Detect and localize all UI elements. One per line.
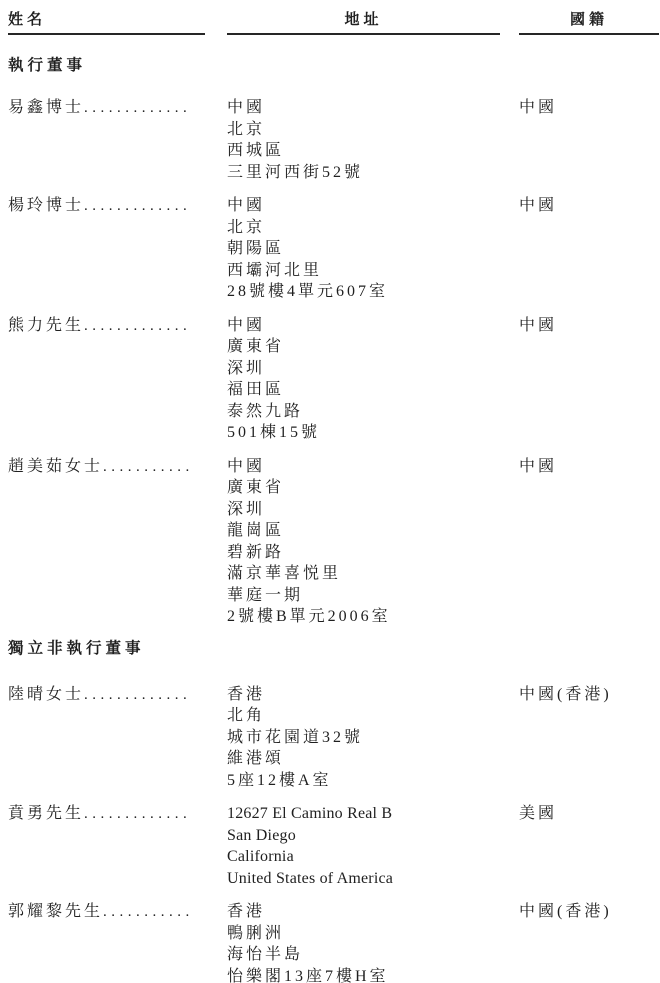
leader-dots: ............. bbox=[84, 198, 191, 214]
director-name-cell: 易鑫博士............. bbox=[8, 97, 205, 120]
leader-dots: ........... bbox=[103, 904, 194, 920]
address-line: 西城區 bbox=[227, 140, 500, 162]
address-line: 廣東省 bbox=[227, 477, 500, 499]
section-heading-executive-directors: 執行董事 bbox=[8, 57, 660, 75]
director-name-cell: 郭耀黎先生........... bbox=[8, 901, 205, 924]
leader-dots: ........... bbox=[103, 459, 194, 475]
address-line: 中國 bbox=[227, 97, 500, 119]
address-line: 城市花園道32號 bbox=[227, 727, 500, 749]
director-nationality: 中國(香港) bbox=[519, 684, 659, 706]
address-line: 5座12樓A室 bbox=[227, 770, 500, 792]
address-line: 鴨脷洲 bbox=[227, 923, 500, 945]
director-row: 熊力先生............. 中國 廣東省 深圳 福田區 泰然九路 501… bbox=[8, 315, 660, 444]
address-line: 2號樓B單元2006室 bbox=[227, 606, 500, 628]
director-name: 熊力先生 bbox=[8, 317, 84, 334]
leader-dots: ............. bbox=[84, 806, 191, 822]
director-name: 郭耀黎先生 bbox=[8, 903, 103, 920]
director-row: 趙美茹女士........... 中國 廣東省 深圳 龍崗區 碧新路 滿京華喜悦… bbox=[8, 456, 660, 628]
director-nationality: 中國(香港) bbox=[519, 901, 659, 923]
address-line: 泰然九路 bbox=[227, 401, 500, 423]
director-name-cell: 熊力先生............. bbox=[8, 315, 205, 338]
address-line: 三里河西街52號 bbox=[227, 162, 500, 184]
table-header-row: 姓名 地址 國籍 bbox=[8, 10, 660, 35]
director-row: 郭耀黎先生........... 香港 鴨脷洲 海怡半島 怡樂閣13座7樓H室 … bbox=[8, 901, 660, 983]
director-name-cell: 楊玲博士............. bbox=[8, 195, 205, 218]
director-nationality: 中國 bbox=[519, 195, 659, 217]
address-line: 深圳 bbox=[227, 358, 500, 380]
address-line: 滿京華喜悦里 bbox=[227, 563, 500, 585]
address-line: 28號樓4單元607室 bbox=[227, 281, 500, 303]
director-name: 易鑫博士 bbox=[8, 99, 84, 116]
address-line: 西壩河北里 bbox=[227, 260, 500, 282]
address-line: 龍崗區 bbox=[227, 520, 500, 542]
leader-dots: ............. bbox=[84, 687, 191, 703]
address-line: 中國 bbox=[227, 195, 500, 217]
address-line: California bbox=[227, 846, 500, 868]
address-line: 碧新路 bbox=[227, 542, 500, 564]
director-name-cell: 趙美茹女士........... bbox=[8, 456, 205, 479]
director-address: 香港 北角 城市花園道32號 維港頌 5座12樓A室 bbox=[227, 684, 500, 792]
director-name: 楊玲博士 bbox=[8, 197, 84, 214]
address-line: 501棟15號 bbox=[227, 422, 500, 444]
director-nationality: 美國 bbox=[519, 803, 659, 825]
director-row: 陸晴女士............. 香港 北角 城市花園道32號 維港頌 5座1… bbox=[8, 684, 660, 792]
director-row: 楊玲博士............. 中國 北京 朝陽區 西壩河北里 28號樓4單… bbox=[8, 195, 660, 303]
address-line: 香港 bbox=[227, 684, 500, 706]
director-address: 中國 廣東省 深圳 福田區 泰然九路 501棟15號 bbox=[227, 315, 500, 444]
director-name-cell: 賁勇先生............. bbox=[8, 803, 205, 826]
address-line: 深圳 bbox=[227, 499, 500, 521]
address-line: San Diego bbox=[227, 825, 500, 847]
address-line: 華庭一期 bbox=[227, 585, 500, 607]
director-address: 中國 北京 朝陽區 西壩河北里 28號樓4單元607室 bbox=[227, 195, 500, 303]
director-nationality: 中國 bbox=[519, 97, 659, 119]
director-address: 12627 El Camino Real B San Diego Califor… bbox=[227, 803, 500, 889]
address-line: 廣東省 bbox=[227, 336, 500, 358]
director-row: 賁勇先生............. 12627 El Camino Real B… bbox=[8, 803, 660, 889]
address-line: 朝陽區 bbox=[227, 238, 500, 260]
address-line: United States of America bbox=[227, 868, 500, 890]
director-address: 中國 廣東省 深圳 龍崗區 碧新路 滿京華喜悦里 華庭一期 2號樓B單元2006… bbox=[227, 456, 500, 628]
address-line: 中國 bbox=[227, 456, 500, 478]
director-address: 中國 北京 西城區 三里河西街52號 bbox=[227, 97, 500, 183]
column-header-address: 地址 bbox=[227, 10, 500, 35]
address-line: 海怡半島 bbox=[227, 944, 500, 966]
directors-page: 姓名 地址 國籍 執行董事 易鑫博士............. 中國 北京 西城… bbox=[0, 0, 660, 983]
address-line: 北京 bbox=[227, 217, 500, 239]
section-heading-independent-non-executive-directors: 獨立非執行董事 bbox=[8, 640, 660, 658]
director-name: 賁勇先生 bbox=[8, 805, 84, 822]
director-name: 趙美茹女士 bbox=[8, 458, 103, 475]
leader-dots: ............. bbox=[84, 100, 191, 116]
address-line: 香港 bbox=[227, 901, 500, 923]
address-line: 北京 bbox=[227, 119, 500, 141]
director-name-cell: 陸晴女士............. bbox=[8, 684, 205, 707]
address-line: 福田區 bbox=[227, 379, 500, 401]
address-line: 怡樂閣13座7樓H室 bbox=[227, 966, 500, 983]
column-header-nationality: 國籍 bbox=[519, 10, 659, 35]
column-header-name: 姓名 bbox=[8, 10, 205, 35]
director-nationality: 中國 bbox=[519, 315, 659, 337]
director-address: 香港 鴨脷洲 海怡半島 怡樂閣13座7樓H室 bbox=[227, 901, 500, 983]
address-line: 中國 bbox=[227, 315, 500, 337]
director-row: 易鑫博士............. 中國 北京 西城區 三里河西街52號 中國 bbox=[8, 97, 660, 183]
address-line: 12627 El Camino Real B bbox=[227, 803, 500, 825]
address-line: 北角 bbox=[227, 705, 500, 727]
director-name: 陸晴女士 bbox=[8, 686, 84, 703]
director-nationality: 中國 bbox=[519, 456, 659, 478]
address-line: 維港頌 bbox=[227, 748, 500, 770]
leader-dots: ............. bbox=[84, 318, 191, 334]
